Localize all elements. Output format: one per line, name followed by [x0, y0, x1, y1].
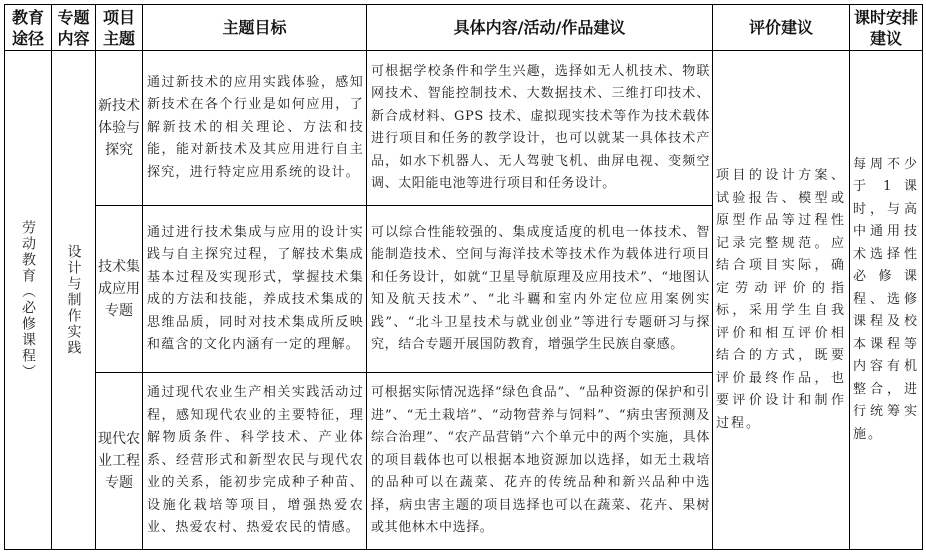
goal-cell: 通过进行技术集成与应用的设计实践与自主探究过程，了解技术集成基本过程及实现形式，…: [143, 206, 367, 373]
curriculum-table: 教育途径 专题内容 项目主题 主题目标 具体内容/活动/作品建议 评价建议 课时…: [4, 4, 923, 550]
header-project-theme: 项目主题: [96, 5, 143, 51]
header-evaluation-suggestion: 评价建议: [713, 5, 850, 51]
goal-cell: 通过新技术的应用实践体验，感知新技术在各个行业是如何应用，了解新技术的相关理论、…: [143, 51, 367, 206]
education-path-text: 劳动教育（必修课程）: [19, 220, 37, 380]
content-text: 可根据学校条件和学生兴趣，选择如无人机技术、物联网技术、智能控制技术、大数据技术…: [367, 61, 712, 196]
header-content-suggestion: 具体内容/活动/作品建议: [367, 5, 713, 51]
topic-content-text: 设计与制作实践: [65, 244, 83, 356]
project-theme-text: 新技术体验与探究: [96, 95, 142, 161]
content-text: 可以综合性能较强的、集成度适度的机电一体技术、智能制造技术、空间与海洋技术等技术…: [367, 222, 712, 357]
evaluation-text: 项目的设计方案、试验报告、模型或原型作品等过程性记录完整规范。应结合项目实际，确…: [713, 165, 849, 435]
content-cell: 可根据学校条件和学生兴趣，选择如无人机技术、物联网技术、智能控制技术、大数据技术…: [367, 51, 713, 206]
goal-cell: 通过现代农业生产相关实践活动过程，感知现代农业的主要特征，理解物质条件、科学技术…: [143, 373, 367, 550]
content-cell: 可根据实际情况选择“绿色食品”、“品种资源的保护和引进”、“无土栽培”、“动物营…: [367, 373, 713, 550]
goal-text: 通过进行技术集成与应用的设计实践与自主探究过程，了解技术集成基本过程及实现形式，…: [143, 222, 366, 357]
goal-text: 通过现代农业生产相关实践活动过程，感知现代农业的主要特征，理解物质条件、科学技术…: [143, 382, 366, 540]
project-theme-text: 技术集成应用专题: [96, 256, 142, 322]
topic-content-cell: 设计与制作实践: [52, 51, 96, 550]
content-text: 可根据实际情况选择“绿色食品”、“品种资源的保护和引进”、“无土栽培”、“动物营…: [367, 382, 712, 540]
education-path-cell: 劳动教育（必修课程）: [5, 51, 52, 550]
project-cell: 现代农业工程专题: [96, 373, 143, 550]
header-topic-content: 专题内容: [52, 5, 96, 51]
project-theme-text: 现代农业工程专题: [96, 428, 142, 494]
project-cell: 新技术体验与探究: [96, 51, 143, 206]
hours-cell: 每周不少于 1 课时，与高中通用技术选择性必修课程、选修课程及校本课程等内容有机…: [850, 51, 923, 550]
header-education-path: 教育途径: [5, 5, 52, 51]
header-row: 教育途径 专题内容 项目主题 主题目标 具体内容/活动/作品建议 评价建议 课时…: [5, 5, 923, 51]
goal-text: 通过新技术的应用实践体验，感知新技术在各个行业是如何应用，了解新技术的相关理论、…: [143, 72, 366, 185]
header-theme-goal: 主题目标: [143, 5, 367, 51]
evaluation-cell: 项目的设计方案、试验报告、模型或原型作品等过程性记录完整规范。应结合项目实际，确…: [713, 51, 850, 550]
hours-text: 每周不少于 1 课时，与高中通用技术选择性必修课程、选修课程及校本课程等内容有机…: [850, 154, 922, 447]
project-cell: 技术集成应用专题: [96, 206, 143, 373]
content-cell: 可以综合性能较强的、集成度适度的机电一体技术、智能制造技术、空间与海洋技术等技术…: [367, 206, 713, 373]
header-hours-suggestion: 课时安排建议: [850, 5, 923, 51]
table-row: 劳动教育（必修课程） 设计与制作实践 新技术体验与探究 通过新技术的应用实践体验…: [5, 51, 923, 206]
